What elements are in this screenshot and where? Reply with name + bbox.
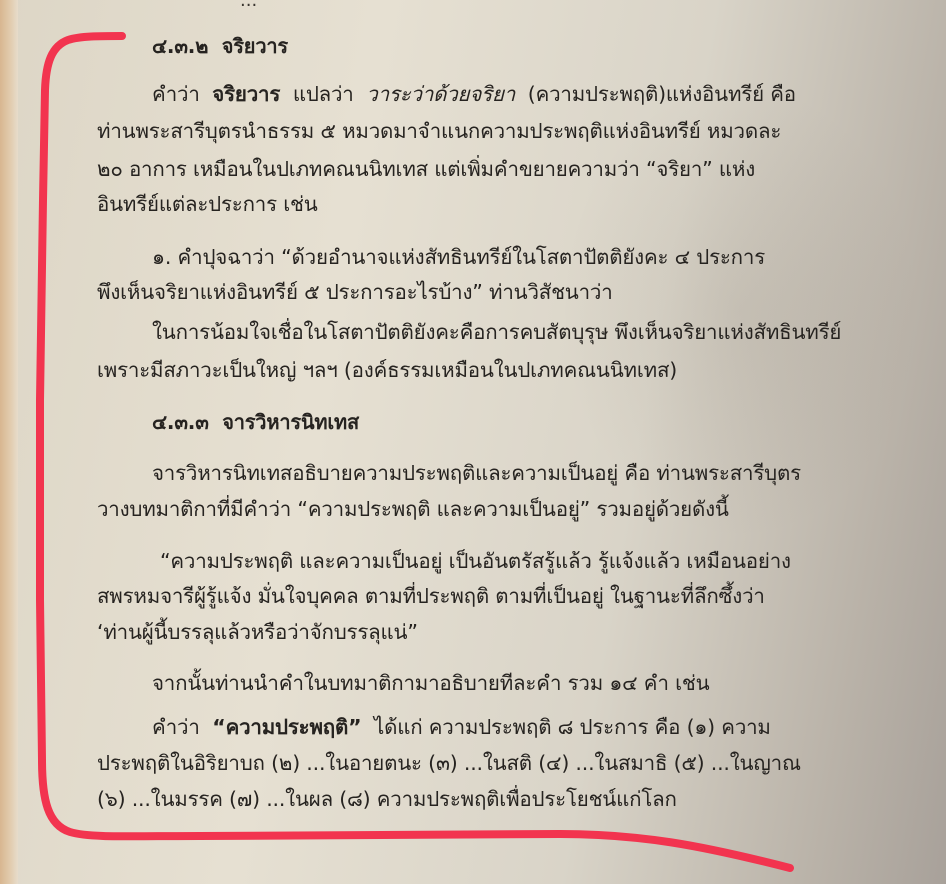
red-bracket-annotation: [0, 0, 946, 884]
